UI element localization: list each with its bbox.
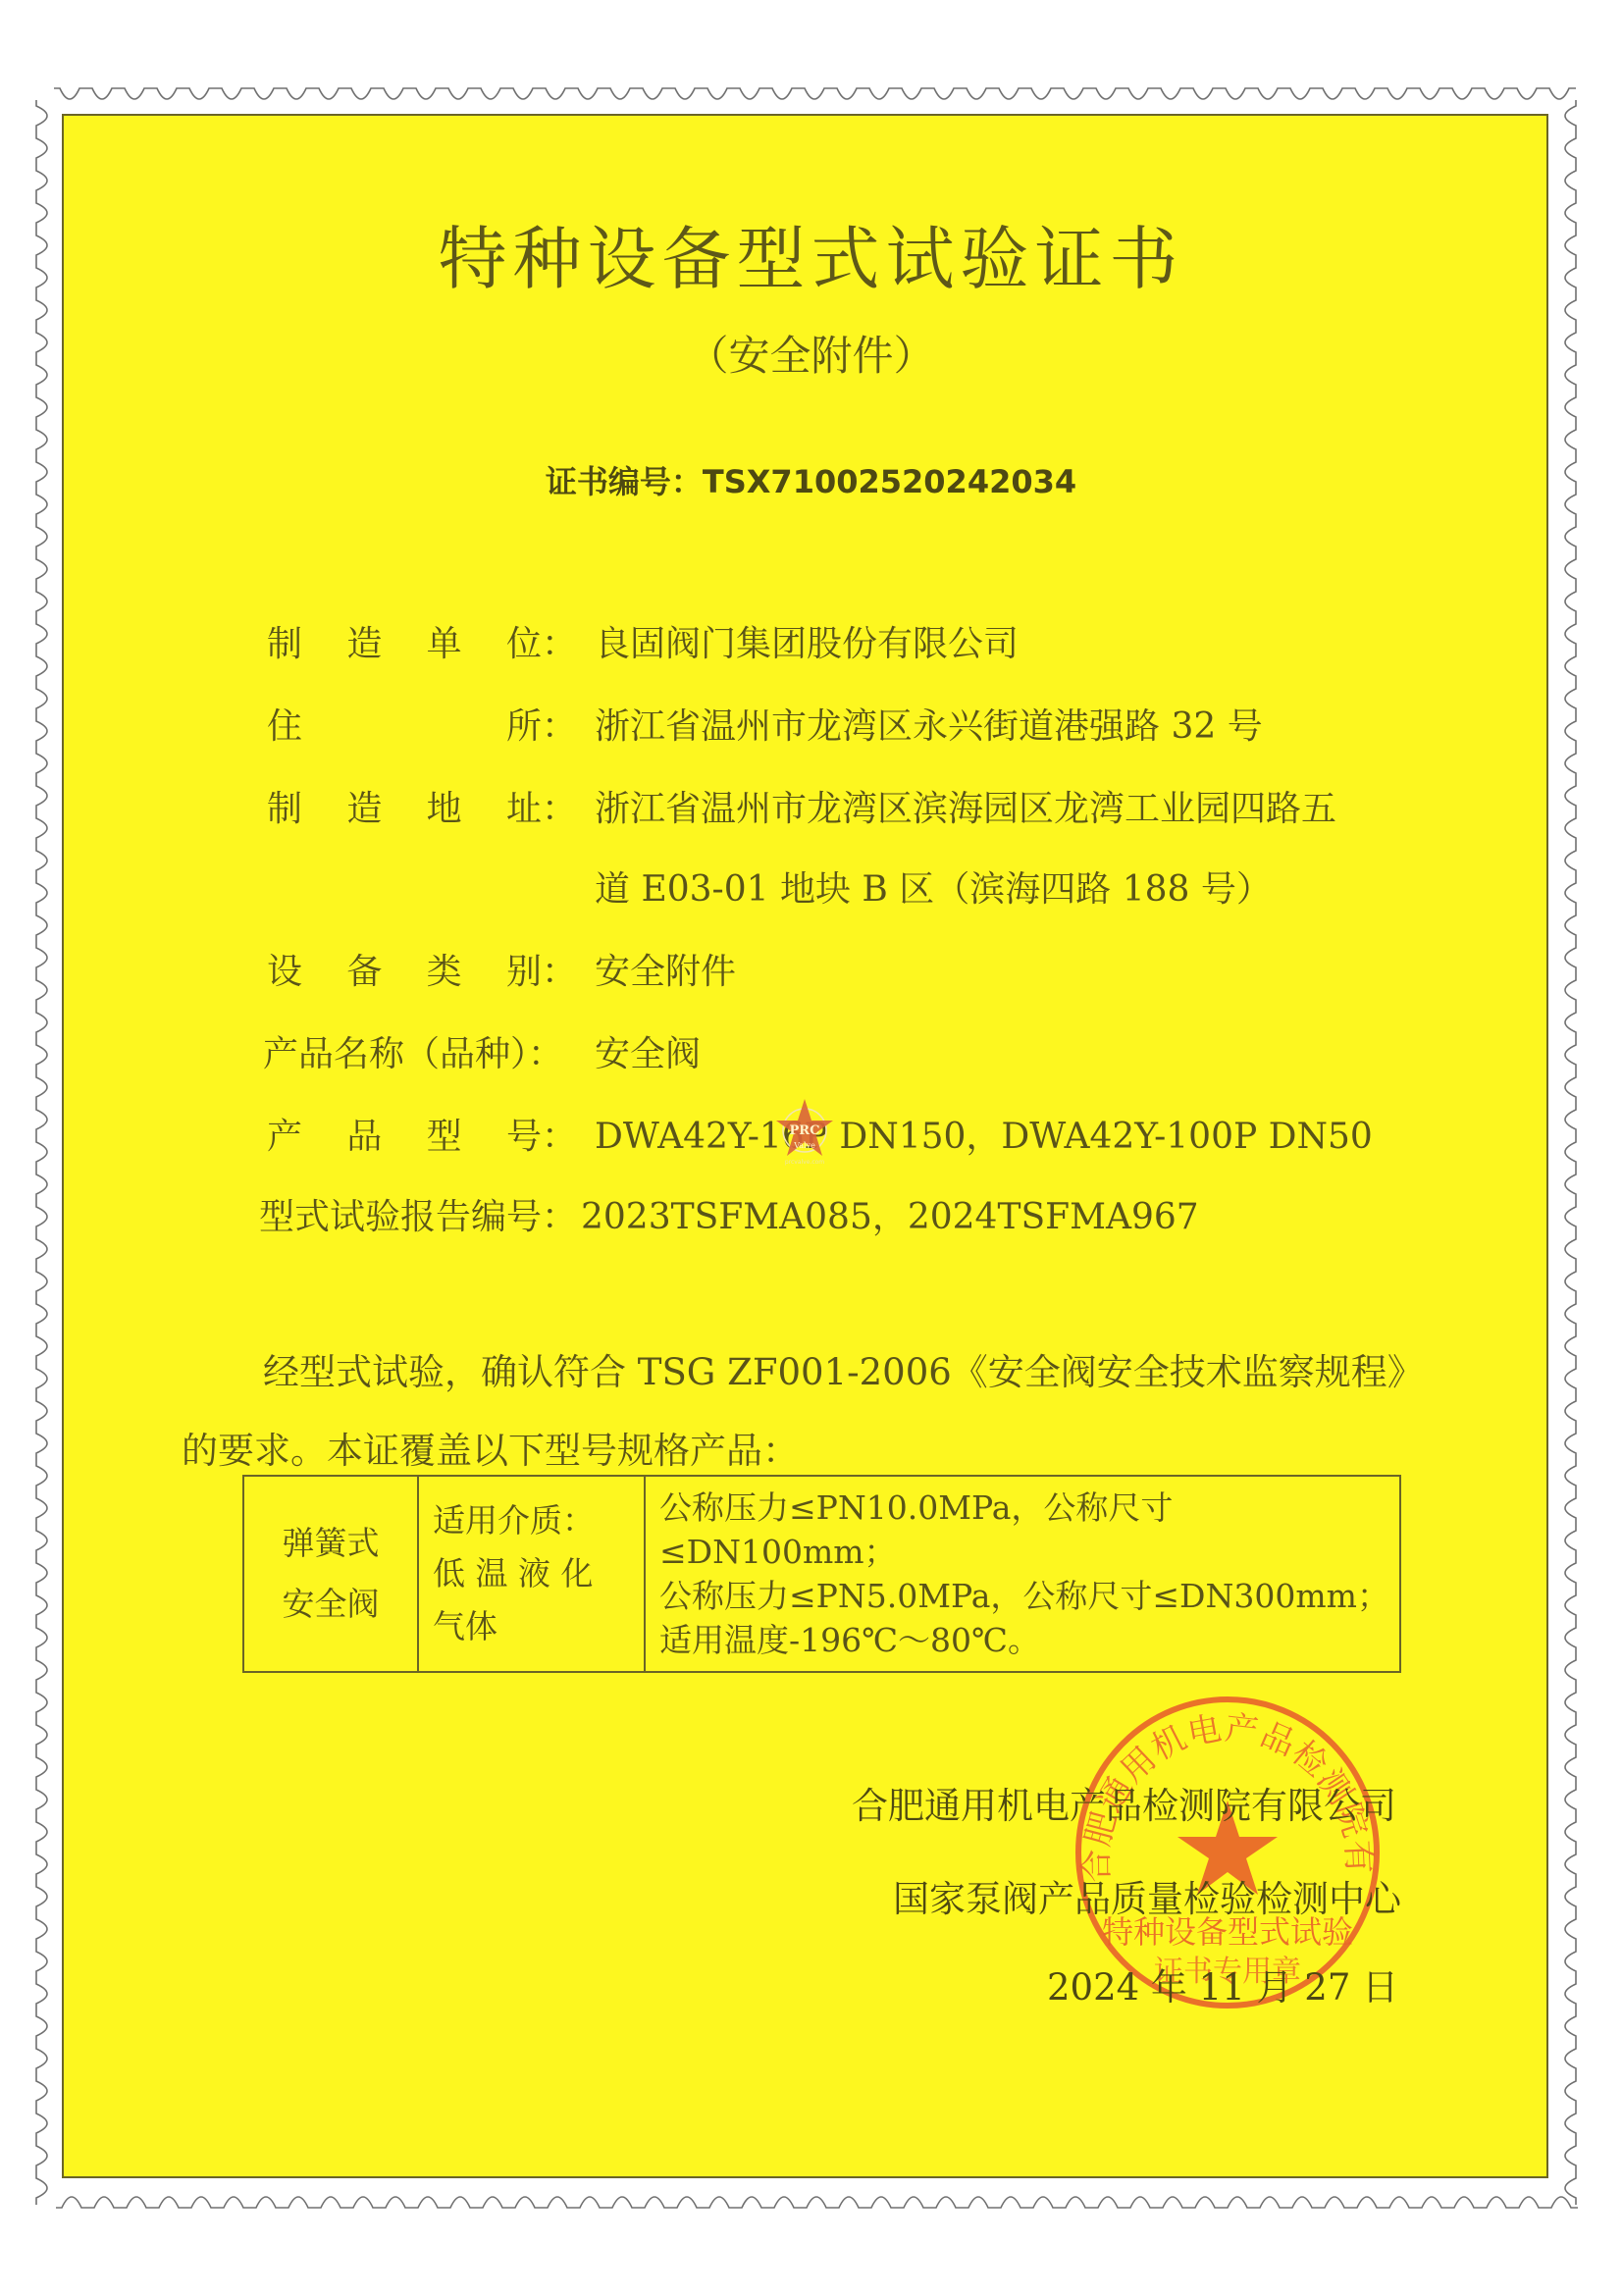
label-equipment-category: 设 备 类 别：: [267, 944, 577, 994]
certificate-subtitle: （安全附件）: [0, 324, 1622, 383]
label-report-number: 型式试验报告编号：: [259, 1189, 577, 1239]
issue-date: 2024 年 11 月 27 日: [1047, 1957, 1398, 2010]
svg-text:PRC: PRC: [790, 1123, 820, 1138]
label-manufacturer: 制 造 单 位：: [267, 616, 577, 666]
spec-medium-cell: 适用介质： 低 温 液 化 气体: [418, 1476, 645, 1672]
label-product-name: 产品名称（品种）：: [263, 1026, 563, 1076]
value-manufacture-site-line2: 道 E03-01 地块 B 区（滨海四路 188 号）: [595, 861, 1272, 912]
label-address: 住 所：: [267, 699, 577, 749]
value-manufacturer: 良固阀门集团股份有限公司: [595, 616, 1019, 666]
value-report-number: 2023TSFMA085，2024TSFMA967: [581, 1189, 1199, 1239]
body-line-2: 的要求。本证覆盖以下型号规格产品：: [182, 1421, 799, 1474]
svg-text:prcvalve.com: prcvalve.com: [785, 1159, 824, 1166]
spec-parameters-cell: 公称压力≤PN10.0MPa，公称尺寸≤DN100mm； 公称压力≤PN5.0M…: [645, 1476, 1400, 1672]
body-line-1: 经型式试验，确认符合 TSG ZF001-2006《安全阀安全技术监察规程》: [263, 1342, 1424, 1395]
star-logo-icon: PRC Valve prcvalve.com: [775, 1097, 834, 1166]
issuer-organization: 合肥通用机电产品检测院有限公司: [852, 1776, 1396, 1829]
spec-table: 弹簧式 安全阀 适用介质： 低 温 液 化 气体 公称压力≤PN10.0MPa，…: [242, 1475, 1401, 1673]
value-equipment-category: 安全附件: [595, 944, 736, 994]
label-manufacture-site: 制 造 地 址：: [267, 781, 577, 831]
spec-type-cell: 弹簧式 安全阀: [243, 1476, 418, 1672]
certificate-title: 特种设备型式试验证书: [0, 204, 1622, 303]
value-address: 浙江省温州市龙湾区永兴街道港强路 32 号: [595, 699, 1263, 749]
issuer-center: 国家泵阀产品质量检验检测中心: [893, 1869, 1401, 1922]
label-product-model: 产 品 型 号：: [267, 1109, 577, 1159]
value-product-name: 安全阀: [595, 1026, 701, 1076]
value-product-model: DWA42Y-16P DN150，DWA42Y-100P DN50: [595, 1109, 1373, 1159]
certificate-number-value: TSX71002520242034: [703, 463, 1076, 500]
svg-text:Valve: Valve: [793, 1141, 815, 1150]
certificate-number-label: 证书编号：: [546, 463, 703, 500]
value-manufacture-site: 浙江省温州市龙湾区滨海园区龙湾工业园四路五: [595, 781, 1336, 831]
certificate-number: 证书编号：TSX71002520242034: [0, 457, 1622, 502]
